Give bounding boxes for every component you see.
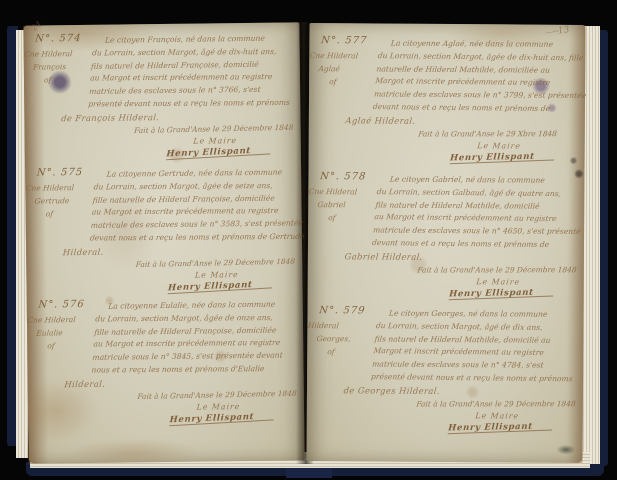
left-page: 24 N°. 574 Cne Hilderal François of Le c…: [23, 22, 304, 463]
entry-margin-note: Cne Hilderal Aglaé of: [307, 49, 373, 88]
body-line: du Lorrain, section Margot, âgée de dix-…: [377, 50, 576, 65]
body-line: présenté devant nous et a reçu les noms …: [370, 371, 569, 386]
entry-body: Le citoyen Gabriel, né dans la commune d…: [370, 174, 576, 265]
body-line: devant nous et a reçu les noms et prénom…: [372, 101, 571, 116]
mayor-signature: Henry Ellispant: [449, 287, 554, 300]
entry-number: N°. 579: [319, 305, 366, 316]
official-title: Le Maire: [195, 270, 239, 280]
margin-line: Eulalie: [36, 326, 89, 340]
margin-line: Georges,: [316, 332, 369, 345]
entry-body: La citoyenne Aglaé, née dans la commune …: [371, 38, 577, 129]
margin-line: François: [33, 60, 86, 74]
body-line: au Margot et inscrit précédemment au reg…: [90, 71, 289, 85]
entry-number: N°. 574: [35, 33, 82, 45]
body-line: présenté devant nous et a reçu les noms …: [88, 97, 287, 111]
body-line: au Margot et inscrite précédemment au re…: [91, 205, 290, 219]
entry-margin-note: Cne Hilderal Gertrude of: [23, 181, 88, 221]
margin-line: of: [327, 345, 368, 358]
entry-number: N°. 576: [38, 299, 85, 311]
register-entry-578: N°. 578 Cne Hilderal Gabriel of Le citoy…: [308, 173, 584, 175]
official-title: Le Maire: [476, 277, 521, 286]
place-date-line: Fait à la Grand'Anse le 29 Xbre 1848: [418, 129, 557, 138]
place-date-line: Fait à la Grand'Anse le 29 Décembre 1848: [417, 265, 577, 274]
register-entry-575: N°. 575 Cne Hilderal Gertrude of La cito…: [25, 166, 301, 169]
entry-number: N°. 577: [321, 35, 368, 46]
official-title: Le Maire: [475, 411, 520, 420]
body-line: du Lorrain, section Margot, âgé de dix a…: [375, 320, 574, 335]
book-cover-right-edge: [599, 30, 608, 466]
body-line: devant nous et a reçu les noms et prénom…: [89, 231, 288, 245]
entry-body: La citoyenne Gertrude, née dans la commu…: [88, 166, 293, 258]
scan-background: 24 N°. 574 Cne Hilderal François of Le c…: [0, 0, 617, 480]
official-title: Le Maire: [477, 141, 522, 150]
entry-body: Le citoyen François, né dans la commune …: [87, 32, 292, 124]
body-line: du Lorrain, section Margot, âgée de onze…: [95, 312, 294, 326]
name-line: Hilderal.: [62, 243, 287, 259]
place-date-line: Fait à la Grand'Anse le 29 Décembre 1848: [134, 123, 294, 135]
margin-line: of: [47, 339, 88, 353]
place-date-line: Fait à la Grand'Anse le 29 Décembre 1848: [416, 399, 576, 408]
mayor-signature: Henry Ellispant: [168, 279, 273, 294]
entry-margin-note: Hilderal Georges, of: [305, 319, 371, 358]
margin-line: of: [45, 207, 86, 221]
mayor-signature: Henry Ellispant: [448, 421, 553, 434]
body-line: du Lorrain, section Margot, âgée de seiz…: [93, 180, 292, 194]
margin-line: Gertrude: [34, 194, 87, 208]
left-page-corner-mark: 24: [30, 19, 44, 32]
mayor-signature: Henry Ellispant: [450, 151, 555, 164]
margin-line: Cne Hilderal: [25, 181, 88, 195]
entry-body: La citoyenne Eulalie, née dans la commun…: [90, 298, 295, 390]
margin-line: Gabriel: [317, 198, 370, 211]
margin-line: Cne Hilderal: [309, 49, 372, 62]
entry-body: Le citoyen Georges, né dans la commune d…: [369, 308, 575, 399]
official-title: Le Maire: [193, 136, 237, 146]
right-page: 13 N°. 577 Cne Hilderal Aglaé of La cito…: [306, 23, 585, 463]
mayor-signature: Henry Ellispant: [169, 411, 274, 426]
body-line: devant nous et a reçu les noms et prénom…: [371, 237, 570, 252]
body-line: du Lorrain, section Margot, âgé de dix-h…: [92, 46, 291, 60]
body-line: nous et a reçu les noms et prénoms d'Eul…: [91, 363, 290, 377]
entry-margin-note: Cne Hilderal François of: [22, 47, 87, 87]
margin-line: of: [44, 73, 85, 87]
entry-number: N°. 575: [36, 167, 83, 179]
margin-line: Cne Hilderal: [24, 47, 87, 61]
margin-line: Cne Hilderal: [308, 185, 371, 198]
name-line: de Georges Hilderal.: [343, 384, 568, 398]
register-entry-576: N°. 576 Cne Hilderal Eulalie of La citoy…: [27, 298, 303, 301]
entry-margin-note: Cne Hilderal Gabriel of: [306, 185, 372, 224]
name-line: Aglaé Hilderal.: [345, 114, 570, 128]
margin-line: of: [328, 211, 369, 224]
margin-line: Hilderal: [307, 319, 370, 332]
entry-number: N°. 578: [320, 171, 367, 182]
name-line: Gabriel Hilderal.: [344, 250, 569, 264]
body-line: du Lorrain, section Galbaud, âgé de quat…: [376, 186, 575, 201]
register-entry-577: N°. 577 Cne Hilderal Aglaé of La citoyen…: [309, 37, 585, 39]
place-date-line: Fait à la Grand'Anse le 29 Décembre 1848: [136, 257, 296, 269]
mayor-signature: Henry Ellispant: [166, 145, 271, 160]
margin-line: Aglaé: [318, 62, 371, 75]
entry-margin-note: Cne Hilderal Eulalie of: [25, 313, 90, 353]
register-entry-579: N°. 579 Hilderal Georges, of Le citoyen …: [308, 307, 584, 309]
body-line: au Margot et inscrite précédemment au re…: [93, 337, 292, 351]
place-date-line: Fait à la Grand'Anse le 29 Décembre 1848: [137, 389, 297, 401]
right-page-corner-mark: 13: [545, 25, 570, 38]
name-line: de François Hilderal.: [61, 109, 286, 125]
margin-line: Cne Hilderal: [27, 313, 90, 327]
margin-line: of: [329, 75, 370, 88]
register-entry-574: N°. 574 Cne Hilderal François of Le cito…: [23, 32, 299, 35]
name-line: Hilderal.: [64, 375, 289, 391]
official-title: Le Maire: [196, 402, 240, 412]
